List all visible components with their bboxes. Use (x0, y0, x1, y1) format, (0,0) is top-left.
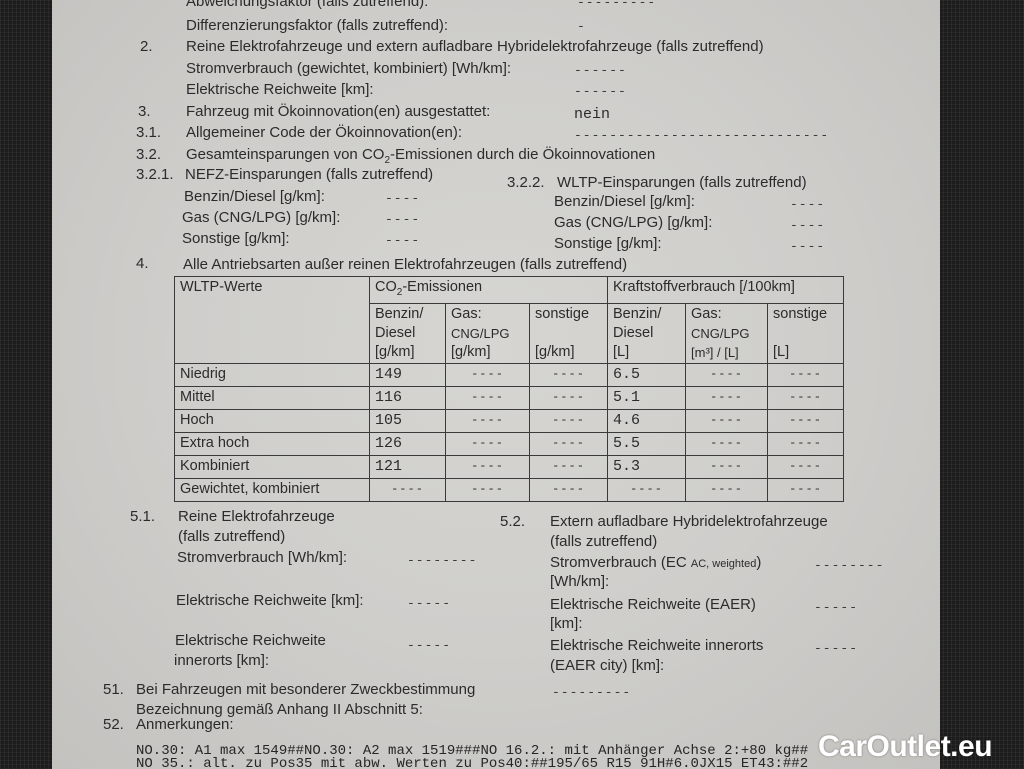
fuel-group-header: Kraftstoffverbrauch [/100km] (608, 277, 844, 304)
table-cell: ---- (686, 478, 768, 501)
table-cell: ---- (446, 363, 530, 386)
abweichungsfaktor-label: Abweichungsfaktor (falls zutreffend): (186, 0, 428, 11)
differenzierungsfaktor-value: - (577, 19, 586, 34)
table-cell: ---- (446, 455, 530, 478)
section-5-2-strom-unit: [Wh/km]: (550, 573, 609, 591)
section-5-1-reichweite-label: Elektrische Reichweite [km]: (176, 592, 364, 610)
column-subheader: Benzin/Diesel[g/km] (370, 303, 446, 363)
row-label: Hoch (175, 409, 370, 432)
table-cell: ---- (370, 478, 446, 501)
table-cell: ---- (768, 409, 844, 432)
section-5-2-strom-label: Stromverbrauch (EC AC, weighted) (550, 554, 761, 573)
table-cell: ---- (768, 478, 844, 501)
nefz-row-value: ---- (385, 233, 420, 248)
section-5-2-city-value: ----- (814, 641, 858, 656)
table-cell: 116 (370, 386, 446, 409)
wltp-savings-row-value: ---- (790, 197, 825, 212)
nefz-row-label: Sonstige [g/km]: (182, 230, 290, 248)
co2-group-header: CO2-Emissionen (370, 277, 608, 304)
fabric-background-right (935, 0, 1024, 769)
row-label: Kombiniert (175, 455, 370, 478)
table-cell: ---- (608, 478, 686, 501)
table-cell: ---- (530, 478, 608, 501)
table-cell: ---- (530, 455, 608, 478)
table-cell: ---- (768, 386, 844, 409)
row-label: Gewichtet, kombiniert (175, 478, 370, 501)
section-3-number: 3. (138, 103, 151, 121)
table-cell: 5.1 (608, 386, 686, 409)
nefz-row-label: Benzin/Diesel [g/km]: (184, 188, 325, 206)
section-2-reichweite-label: Elektrische Reichweite [km]: (186, 81, 374, 99)
abweichungsfaktor-value: --------- (577, 0, 656, 10)
table-cell: 5.3 (608, 455, 686, 478)
table-cell: ---- (768, 432, 844, 455)
nefz-row-value: ---- (385, 191, 420, 206)
section-3-2-1-number: 3.2.1. (136, 166, 174, 184)
table-cell: ---- (768, 455, 844, 478)
coc-document-page: Abweichungsfaktor (falls zutreffend): --… (52, 0, 940, 769)
table-cell: ---- (686, 432, 768, 455)
table-row: Mittel116--------5.1-------- (175, 386, 844, 409)
section-5-2-eaer-label: Elektrische Reichweite (EAER) (550, 596, 756, 614)
section-4-number: 4. (136, 255, 149, 273)
table-cell: ---- (446, 478, 530, 501)
table-row: Hoch105--------4.6-------- (175, 409, 844, 432)
column-subheader: Gas:CNG/LPG[g/km] (446, 303, 530, 363)
table-cell: 149 (370, 363, 446, 386)
table-cell: 126 (370, 432, 446, 455)
table-cell: ---- (446, 386, 530, 409)
section-5-1-reichweite-value: ----- (407, 596, 451, 611)
table-cell: 6.5 (608, 363, 686, 386)
section-2-reichweite-value: ------ (574, 84, 627, 99)
section-5-1-strom-label: Stromverbrauch [Wh/km]: (177, 549, 347, 567)
table-cell: ---- (768, 363, 844, 386)
section-3-2-1-title: NEFZ-Einsparungen (falls zutreffend) (185, 166, 433, 184)
table-corner-header: WLTP-Werte (175, 277, 370, 364)
section-2-strom-value: ------ (574, 63, 627, 78)
caroutlet-watermark-logo: CarOutlet.eu (818, 730, 992, 764)
table-cell: ---- (446, 432, 530, 455)
table-row: Extra hoch126--------5.5-------- (175, 432, 844, 455)
nefz-row-label: Gas (CNG/LPG) [g/km]: (182, 209, 340, 227)
wltp-values-table: WLTP-Werte CO2-Emissionen Kraftstoffverb… (174, 276, 844, 502)
differenzierungsfaktor-label: Differenzierungsfaktor (falls zutreffend… (186, 17, 448, 35)
section-2-title: Reine Elektrofahrzeuge und extern auflad… (186, 38, 764, 56)
section-5-1-title: Reine Elektrofahrzeuge (178, 508, 335, 526)
section-5-2-title: Extern aufladbare Hybridelektrofahrzeuge (550, 513, 828, 531)
row-label: Niedrig (175, 363, 370, 386)
section-51-value: --------- (552, 685, 631, 700)
wltp-savings-row-value: ---- (790, 218, 825, 233)
table-cell: 121 (370, 455, 446, 478)
nefz-row-value: ---- (385, 212, 420, 227)
table-cell: ---- (530, 409, 608, 432)
section-3-2-number: 3.2. (136, 146, 161, 164)
section-5-1-subtitle: (falls zutreffend) (178, 528, 285, 546)
section-5-1-innerorts-label-2: innerorts [km]: (174, 652, 269, 670)
remarks-line: NO 35.: alt. zu Pos35 mit abw. Werten zu… (136, 757, 808, 769)
section-52-number: 52. (103, 716, 124, 734)
column-subheader: sonstige[g/km] (530, 303, 608, 363)
column-subheader: Benzin/Diesel[L] (608, 303, 686, 363)
section-3-1-value: ----------------------------- (574, 128, 829, 143)
section-5-1-number: 5.1. (130, 508, 155, 526)
section-51-number: 51. (103, 681, 124, 699)
table-cell: ---- (686, 455, 768, 478)
section-5-2-eaer-unit: [km]: (550, 615, 583, 633)
section-3-1-number: 3.1. (136, 124, 161, 142)
table-cell: ---- (686, 386, 768, 409)
wltp-savings-row-label: Sonstige [g/km]: (554, 235, 662, 253)
table-cell: 5.5 (608, 432, 686, 455)
section-5-2-strom-value: -------- (814, 558, 884, 573)
section-5-2-city-label: Elektrische Reichweite innerorts (550, 637, 763, 655)
table-row: Gewichtet, kombiniert-------------------… (175, 478, 844, 501)
table-cell: ---- (686, 409, 768, 432)
table-cell: ---- (530, 363, 608, 386)
row-label: Mittel (175, 386, 370, 409)
wltp-savings-row-label: Gas (CNG/LPG) [g/km]: (554, 214, 712, 232)
section-51-label: Bei Fahrzeugen mit besonderer Zweckbesti… (136, 681, 475, 699)
section-2-number: 2. (140, 38, 153, 56)
section-5-1-innerorts-label: Elektrische Reichweite (175, 632, 326, 650)
section-3-2-2-title: WLTP-Einsparungen (falls zutreffend) (557, 174, 807, 192)
table-cell: ---- (530, 432, 608, 455)
section-52-label: Anmerkungen: (136, 716, 234, 734)
section-5-2-city-unit: (EAER city) [km]: (550, 657, 664, 675)
table-row: Niedrig149--------6.5-------- (175, 363, 844, 386)
column-subheader: Gas:CNG/LPG[m³] / [L] (686, 303, 768, 363)
section-5-1-innerorts-value: ----- (407, 638, 451, 653)
table-cell: ---- (530, 386, 608, 409)
table-cell: 4.6 (608, 409, 686, 432)
table-row: Kombiniert121--------5.3-------- (175, 455, 844, 478)
wltp-savings-row-value: ---- (790, 239, 825, 254)
section-5-1-strom-value: -------- (407, 553, 477, 568)
row-label: Extra hoch (175, 432, 370, 455)
fabric-background-left (0, 0, 60, 769)
section-5-2-subtitle: (falls zutreffend) (550, 533, 657, 551)
section-3-1-label: Allgemeiner Code der Ökoinnovation(en): (186, 124, 462, 142)
section-5-2-number: 5.2. (500, 513, 525, 531)
table-cell: ---- (446, 409, 530, 432)
section-3-label: Fahrzeug mit Ökoinnovation(en) ausgestat… (186, 103, 490, 121)
section-3-value: nein (574, 106, 610, 124)
wltp-savings-row-label: Benzin/Diesel [g/km]: (554, 193, 695, 211)
section-3-2-2-number: 3.2.2. (507, 174, 545, 192)
table-cell: 105 (370, 409, 446, 432)
section-4-title: Alle Antriebsarten außer reinen Elektrof… (183, 256, 627, 274)
table-cell: ---- (686, 363, 768, 386)
column-subheader: sonstige[L] (768, 303, 844, 363)
section-2-strom-label: Stromverbrauch (gewichtet, kombiniert) [… (186, 60, 511, 78)
section-5-2-eaer-value: ----- (814, 600, 858, 615)
